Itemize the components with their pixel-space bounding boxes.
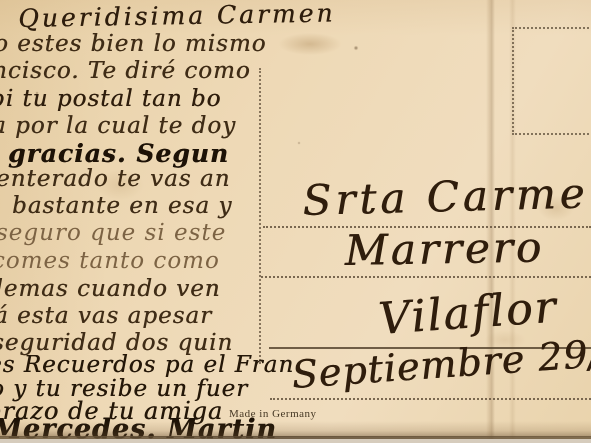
address-rule <box>270 398 591 400</box>
stamp-box <box>512 27 591 135</box>
message-line: seguro que si este <box>0 222 226 245</box>
message-line: á esta vas apesar <box>0 305 212 328</box>
message-line: demas cuando ven <box>0 278 221 301</box>
address-line: Vilaflor <box>377 286 559 342</box>
address-rule <box>261 276 591 278</box>
bottom-edge-shadow <box>0 421 591 437</box>
message-line: gracias. Segun <box>8 141 229 166</box>
message-line: bastante en esa y <box>12 195 232 218</box>
postcard-scan: Made in Germany Queridisima Carmen o est… <box>0 0 591 443</box>
address-line: Marrero <box>344 227 544 272</box>
message-line: enterado te vas an <box>0 168 230 191</box>
message-line: a por la cual te doy <box>0 115 236 138</box>
message-line: comes tanto como <box>0 250 220 273</box>
message-line: o estes bien lo mismo <box>0 33 267 56</box>
address-line: Septiembre 29/1 <box>290 333 591 394</box>
message-line: ncisco. Te diré como <box>0 60 251 83</box>
center-divider-line <box>259 68 261 364</box>
message-line: bi tu postal tan bo <box>0 88 221 111</box>
address-line: Srta Carmen. <box>302 171 591 222</box>
message-line: es Recuerdos pa el Fran <box>0 354 294 377</box>
scan-background-strip <box>0 439 591 443</box>
message-line: Queridisima Carmen <box>18 0 336 31</box>
